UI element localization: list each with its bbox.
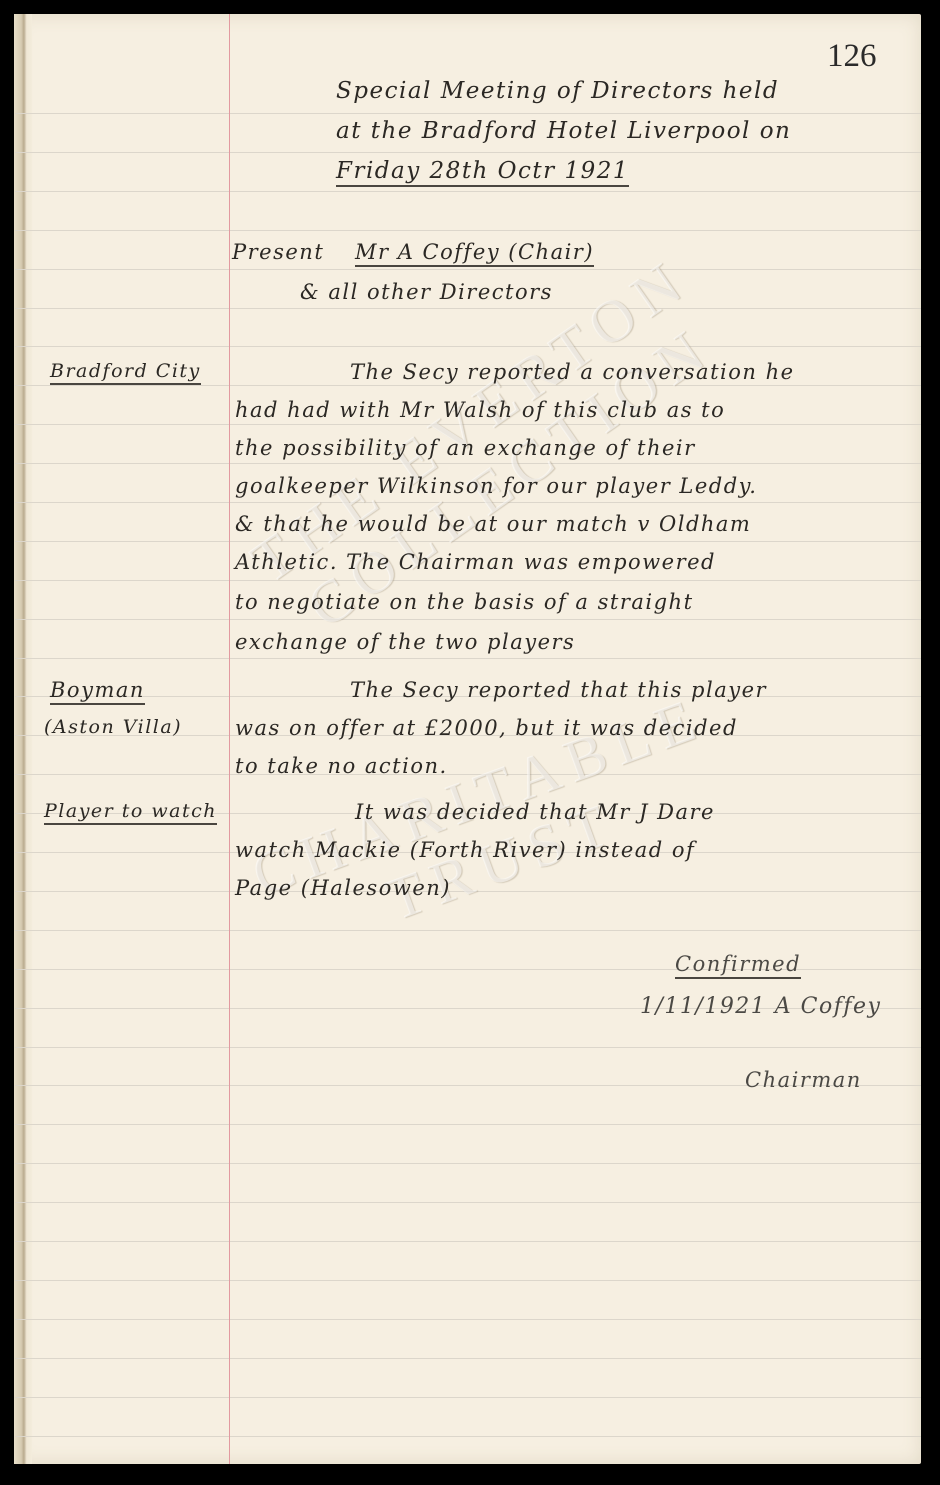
ruled-line: [15, 658, 921, 659]
ruled-line: [15, 1436, 921, 1437]
ruled-line: [15, 619, 921, 620]
section-2-line-1: The Secy reported that this player: [350, 678, 767, 702]
margin-heading-player-to-watch: Player to watch: [44, 800, 217, 825]
ruled-line: [15, 580, 921, 581]
ruled-line: [15, 1319, 921, 1320]
ruled-line: [15, 502, 921, 503]
section-1-line-4: goalkeeper Wilkinson for our player Ledd…: [235, 474, 757, 498]
ruled-line: [15, 463, 921, 464]
red-margin-line: [229, 14, 230, 1464]
ruled-line: [15, 1358, 921, 1359]
ruled-line: [15, 230, 921, 231]
page-number: 126: [827, 38, 877, 75]
ruled-line: [15, 191, 921, 192]
ruled-line: [15, 346, 921, 347]
ruled-line: [15, 1124, 921, 1125]
heading-line-3: Friday 28th Octr 1921: [336, 158, 629, 187]
section-1-line-1: The Secy reported a conversation he: [350, 360, 795, 384]
ruled-line: [15, 1241, 921, 1242]
section-1-line-3: the possibility of an exchange of their: [235, 436, 696, 460]
present-label: Present: [232, 240, 324, 264]
section-1-line-2: had had with Mr Walsh of this club as to: [235, 398, 725, 422]
section-1-line-6: Athletic. The Chairman was empowered: [235, 550, 716, 574]
confirmed-label: Confirmed: [675, 952, 801, 979]
section-3-line-1: It was decided that Mr J Dare: [355, 800, 715, 824]
section-1-line-5: & that he would be at our match v Oldham: [235, 512, 751, 536]
ruled-line: [15, 891, 921, 892]
ruled-line: [15, 269, 921, 270]
ruled-line: [15, 1047, 921, 1048]
margin-subheading-aston-villa: (Aston Villa): [44, 716, 182, 738]
ruled-line: [15, 774, 921, 775]
ruled-line: [15, 541, 921, 542]
margin-heading-boyman: Boyman: [50, 678, 145, 705]
ruled-line: [15, 1163, 921, 1164]
heading-line-1: Special Meeting of Directors held: [336, 78, 779, 104]
section-2-line-2: was on offer at £2000, but it was decide…: [235, 716, 738, 740]
section-2-line-3: to take no action.: [235, 754, 448, 778]
ruled-line: [15, 308, 921, 309]
section-3-line-3: Page (Halesowen): [235, 876, 451, 900]
page-binding: [14, 14, 32, 1464]
section-1-line-8: exchange of the two players: [235, 630, 575, 654]
section-1-line-7: to negotiate on the basis of a straight: [235, 590, 694, 614]
ruled-line: [15, 424, 921, 425]
ruled-line: [15, 1202, 921, 1203]
confirmation-date-signature: 1/11/1921 A Coffey: [640, 994, 882, 1019]
ruled-line: [15, 1280, 921, 1281]
ruled-line: [15, 113, 921, 114]
ruled-line: [15, 152, 921, 153]
present-others: & all other Directors: [300, 280, 553, 304]
ruled-line: [15, 385, 921, 386]
ruled-line: [15, 1397, 921, 1398]
present-chair: Mr A Coffey (Chair): [355, 240, 594, 267]
chairman-title: Chairman: [745, 1068, 862, 1092]
ruled-line: [15, 930, 921, 931]
heading-line-2: at the Bradford Hotel Liverpool on: [336, 118, 791, 144]
section-3-line-2: watch Mackie (Forth River) instead of: [235, 838, 695, 862]
margin-heading-bradford-city: Bradford City: [50, 360, 201, 385]
